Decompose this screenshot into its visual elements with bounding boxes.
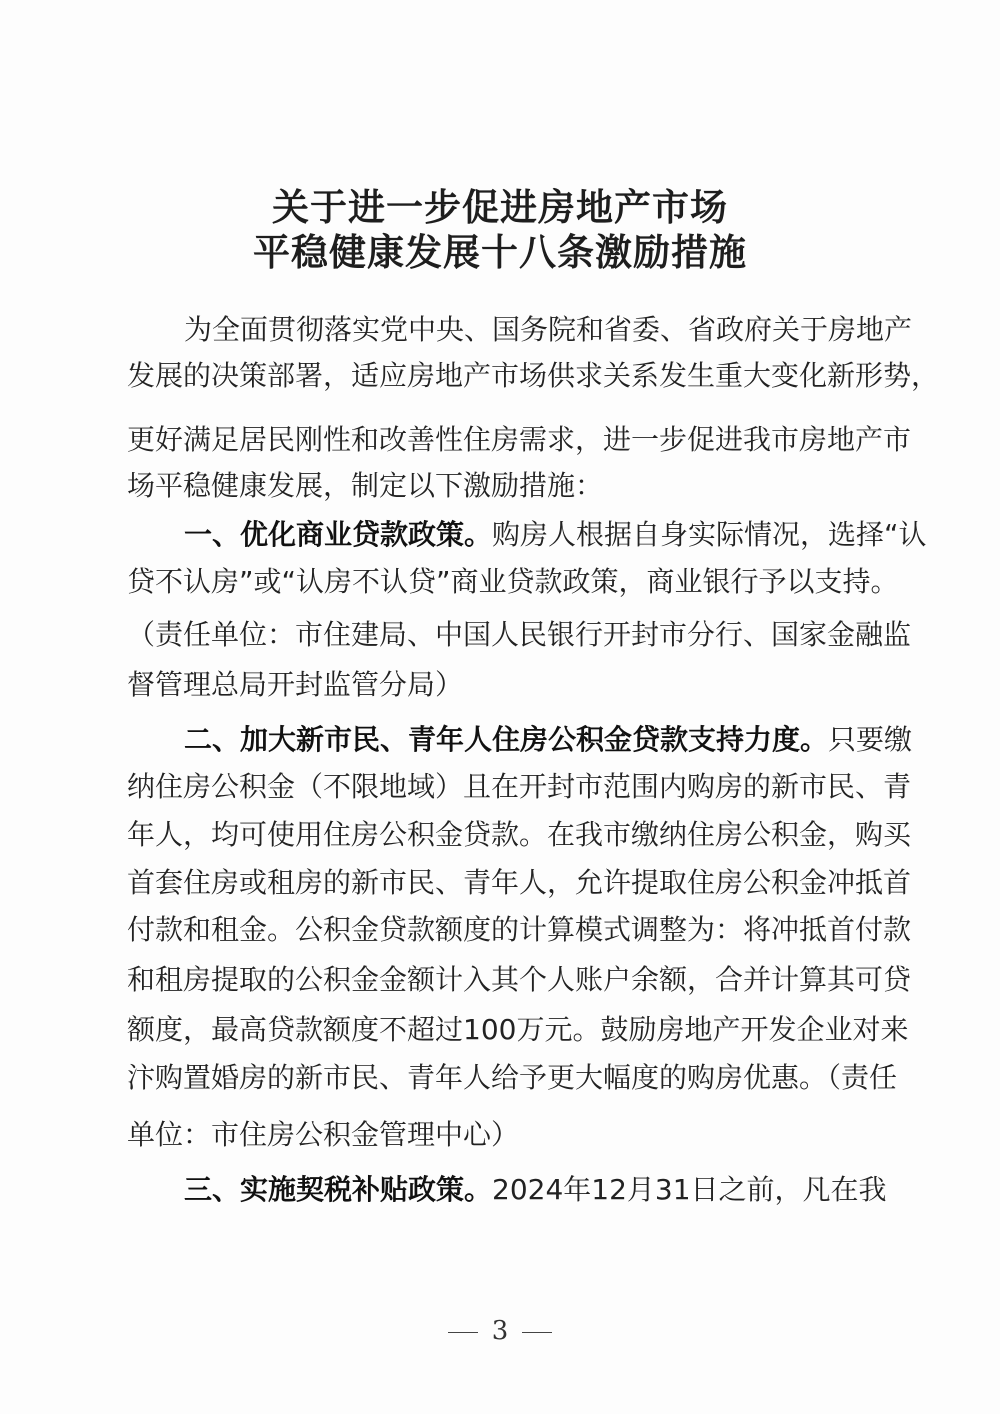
section-2-line: 付款和租金。公积金贷款额度的计算模式调整为：将冲抵首付款 <box>127 910 877 950</box>
section-2-line: 首套住房或租房的新市民、青年人，允许提取住房公积金冲抵首 <box>127 863 877 903</box>
document-page: 关于进一步促进房地产市场 平稳健康发展十八条激励措施 为全面贯彻落实党中央、国务… <box>0 0 1000 1414</box>
section-2-text: 只要缴 <box>828 723 912 756</box>
section-1-line: （责任单位：市住建局、中国人民银行开封市分行、国家金融监 <box>127 615 877 655</box>
section-1-heading: 一、优化商业贷款政策。 <box>184 518 492 551</box>
section-2-line: 单位：市住房公积金管理中心） <box>127 1115 877 1155</box>
intro-line: 场平稳健康发展，制定以下激励措施： <box>127 466 877 506</box>
section-2-line: 额度，最高贷款额度不超过100万元。鼓励房地产开发企业对来 <box>127 1010 877 1050</box>
footer-dash-left <box>448 1332 478 1333</box>
section-1-line: 贷不认房”或“认房不认贷”商业贷款政策，商业银行予以支持。 <box>127 562 877 602</box>
page-footer: 3 <box>0 1314 1000 1348</box>
section-3-text: 2024年12月31日之前，凡在我 <box>492 1173 887 1206</box>
section-1-text: 购房人根据自身实际情况，选择“认 <box>492 518 927 551</box>
intro-line: 发展的决策部署，适应房地产市场供求关系发生重大变化新形势， <box>127 356 877 396</box>
section-2-line: 纳住房公积金（不限地域）且在开封市范围内购房的新市民、青 <box>127 767 877 807</box>
section-2-line: 年人，均可使用住房公积金贷款。在我市缴纳住房公积金，购买 <box>127 815 877 855</box>
page-number: 3 <box>492 1316 509 1346</box>
section-2-line: 汴购置婚房的新市民、青年人给予更大幅度的购房优惠。（责任 <box>127 1058 877 1098</box>
section-2-heading: 二、加大新市民、青年人住房公积金贷款支持力度。 <box>184 723 828 756</box>
section-2-line: 和租房提取的公积金金额计入其个人账户余额，合并计算其可贷 <box>127 960 877 1000</box>
section-3-heading: 三、实施契税补贴政策。 <box>184 1173 492 1206</box>
section-3-first-line: 三、实施契税补贴政策。2024年12月31日之前，凡在我 <box>184 1170 877 1210</box>
intro-line: 更好满足居民刚性和改善性住房需求，进一步促进我市房地产市 <box>127 420 877 460</box>
intro-line: 为全面贯彻落实党中央、国务院和省委、省政府关于房地产 <box>184 310 877 350</box>
section-1-first-line: 一、优化商业贷款政策。购房人根据自身实际情况，选择“认 <box>184 515 877 555</box>
footer-dash-right <box>522 1332 552 1333</box>
document-title-line-2: 平稳健康发展十八条激励措施 <box>0 229 1000 275</box>
section-1-line: 督管理总局开封监管分局） <box>127 665 877 705</box>
document-title-line-1: 关于进一步促进房地产市场 <box>0 184 1000 230</box>
section-2-first-line: 二、加大新市民、青年人住房公积金贷款支持力度。只要缴 <box>184 720 877 760</box>
